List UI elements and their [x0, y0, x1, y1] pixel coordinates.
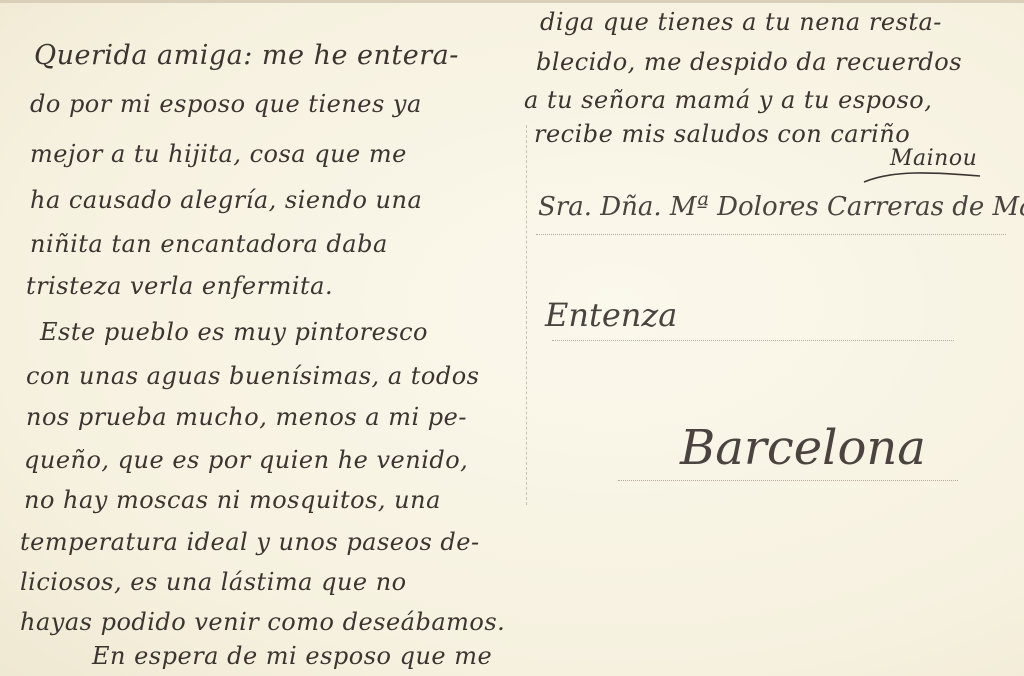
message-line: recibe mis saludos con cariño	[534, 120, 910, 148]
message-line: hayas podido venir como deseábamos.	[20, 608, 505, 636]
message-line: tristeza verla enfermita.	[26, 272, 333, 300]
message-line: con unas aguas buenísimas, a todos	[26, 362, 479, 390]
message-line: diga que tienes a tu nena resta-	[540, 8, 942, 36]
message-line: blecido, me despido da recuerdos	[536, 48, 962, 76]
message-line: Este pueblo es muy pintoresco	[40, 318, 428, 346]
street-name: Entenza	[545, 296, 677, 334]
city-name: Barcelona	[680, 420, 926, 476]
message-line: nos prueba mucho, menos a mi pe-	[26, 403, 467, 431]
card-top-edge	[0, 0, 1024, 3]
address-line-3	[618, 480, 958, 481]
message-line: niñita tan encantadora daba	[30, 230, 388, 258]
message-line: ha causado alegría, siendo una	[30, 186, 422, 214]
signature-flourish-icon	[862, 166, 982, 186]
address-line-1	[536, 234, 1006, 235]
message-line: En espera de mi esposo que me	[92, 642, 492, 670]
message-line: no hay moscas ni mosquitos, una	[24, 486, 441, 514]
message-line: mejor a tu hijita, cosa que me	[30, 140, 407, 168]
address-line-2	[552, 340, 954, 341]
message-line: a tu señora mamá y a tu esposo,	[524, 86, 932, 114]
message-line: liciosos, es una lástima que no	[20, 568, 407, 596]
message-line: Querida amiga: me he entera-	[34, 40, 459, 71]
message-line: temperatura ideal y unos paseos de-	[20, 528, 480, 556]
postcard: Querida amiga: me he entera- do por mi e…	[0, 0, 1024, 676]
message-line: do por mi esposo que tienes ya	[30, 90, 422, 118]
postcard-divider-line	[526, 125, 527, 505]
message-line: queño, que es por quien he venido,	[24, 446, 468, 474]
recipient-name: Sra. Dña. Mª Dolores Carreras de Mainou	[538, 192, 1024, 222]
